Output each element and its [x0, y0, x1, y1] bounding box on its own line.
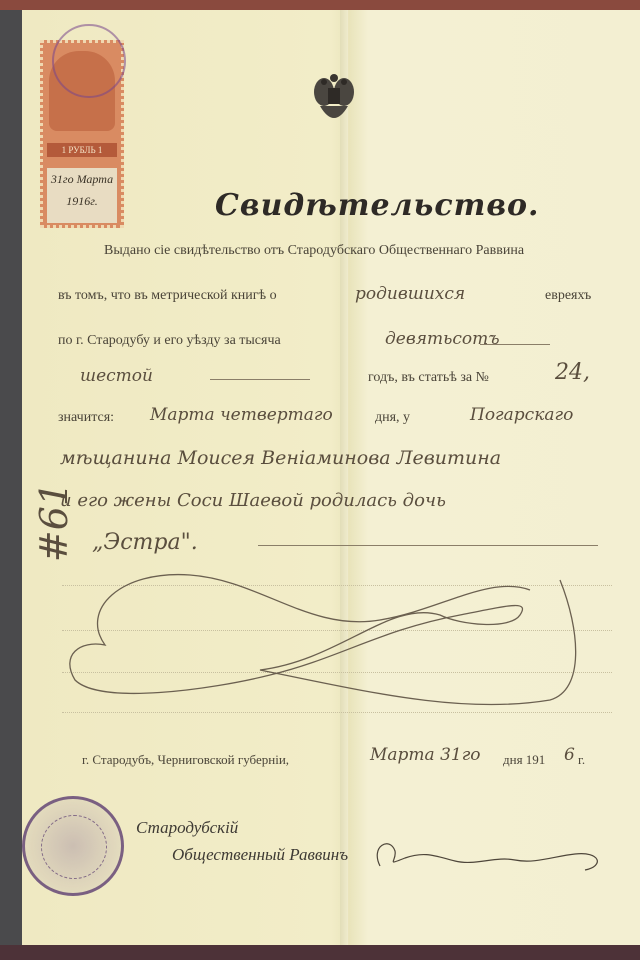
signatory-line-2: Общественный Раввинъ	[172, 845, 348, 865]
footer-year-suffix: г.	[578, 752, 585, 768]
seal-eagle-icon	[41, 815, 107, 879]
rabbi-signature	[365, 836, 605, 876]
footer-date-handwritten: Марта 31го	[370, 745, 481, 765]
double-headed-eagle-icon	[310, 72, 358, 130]
postmark-circle-icon	[52, 24, 126, 98]
photo-background-top	[0, 0, 640, 10]
printed-line-1: Выдано сіе свидѣтельство отъ Стародубска…	[104, 243, 524, 259]
printed-line-2a: въ томъ, что въ метрической книгѣ о	[58, 288, 277, 304]
printed-line-3: по г. Стародубу и его уѣзду за тысяча	[58, 333, 281, 349]
stamp-denomination: 1 РУБЛЬ 1	[47, 143, 117, 157]
fill-rule	[258, 545, 598, 546]
handwritten-child-name: „Эстра".	[92, 530, 198, 555]
handwritten-born: родившихся	[355, 284, 465, 304]
paper-fold-crease	[340, 10, 348, 945]
handwritten-town: Погарскаго	[470, 405, 573, 425]
handwritten-date-march: Марта четвертаго	[150, 405, 333, 425]
cancel-flourish-icon	[60, 570, 620, 710]
fill-rule	[480, 344, 550, 345]
rabbi-seal-stamp	[22, 796, 124, 896]
margin-annotation: #61	[32, 482, 76, 562]
stamp-handwritten-date: 31го Марта 1916г.	[47, 168, 117, 223]
blank-rule	[62, 712, 612, 713]
printed-line-2b: евреяхъ	[545, 288, 591, 304]
handwritten-sixth: шестой	[80, 366, 153, 386]
printed-line-5a: значится:	[58, 410, 114, 426]
handwritten-nine-hundred: девятьсотъ	[385, 329, 500, 349]
footer-year-printed: дня 191	[503, 752, 545, 768]
handwritten-entry-number: 24,	[555, 360, 590, 385]
printed-line-4: годъ, въ статьѣ за №	[368, 370, 489, 386]
signatory-line-1: Стародубскій	[136, 818, 238, 838]
footer-year-digit: 6	[564, 745, 575, 765]
certificate-title: Свидѣтельство.	[215, 188, 475, 223]
printed-line-5b: дня, у	[375, 410, 410, 426]
footer-place: г. Стародубъ, Черниговской губерніи,	[82, 752, 289, 768]
handwritten-father-name: мѣщанина Моисея Веніаминова Левитина	[60, 447, 501, 469]
handwritten-mother-name: и его жены Соси Шаевой родилась дочь	[60, 490, 446, 511]
fill-rule	[210, 379, 310, 380]
photo-background-bottom	[0, 945, 640, 960]
